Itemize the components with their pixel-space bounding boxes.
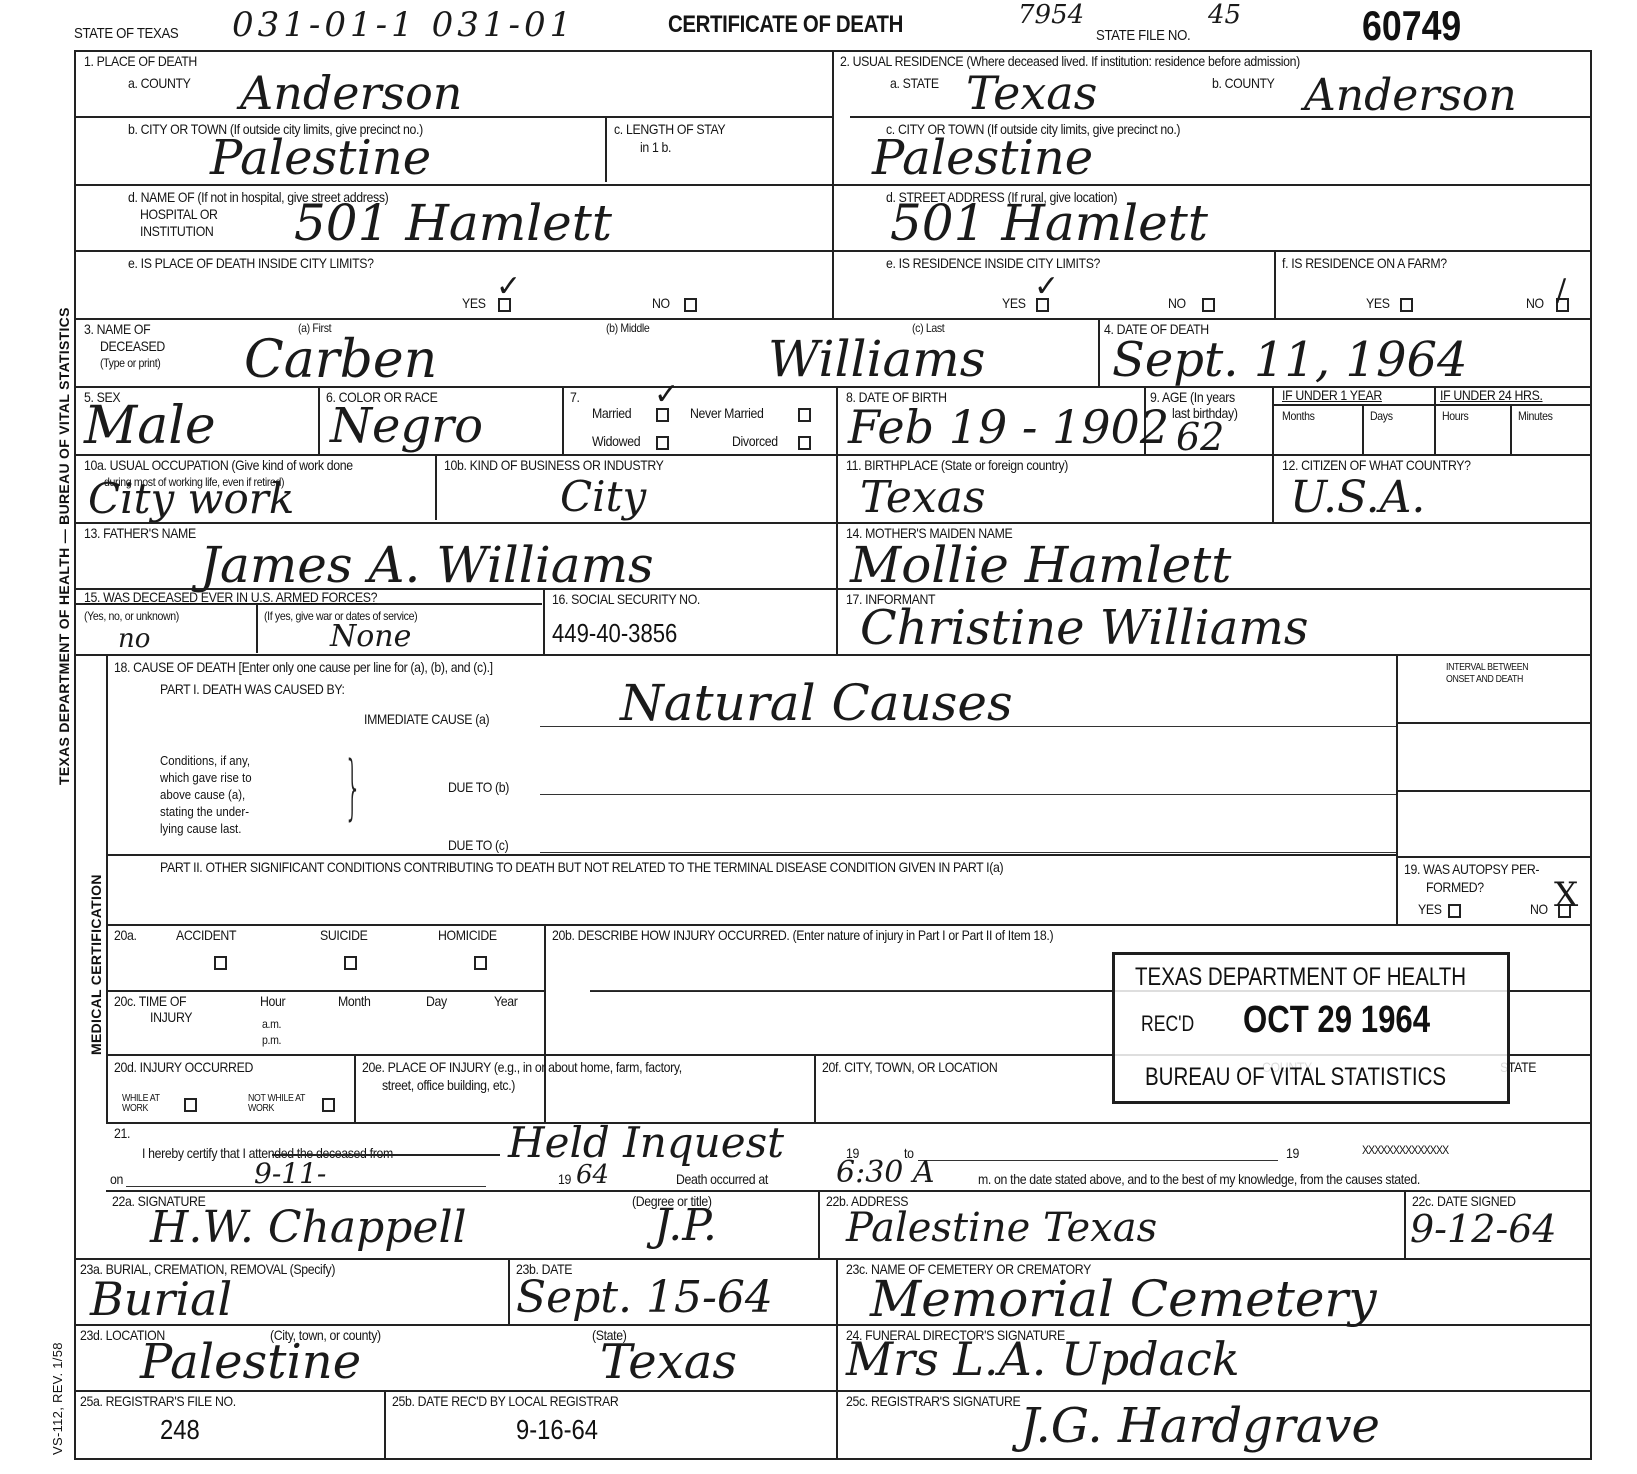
time-of-injury-label-2: INJURY — [150, 1010, 192, 1025]
state-label: STATE OF TEXAS — [74, 26, 178, 43]
pm-label: p.m. — [262, 1034, 281, 1047]
cert-text-2: m. on the date stated above, and to the … — [978, 1172, 1420, 1187]
first-name-field[interactable]: Carben — [244, 334, 437, 386]
middle-name-label: (b) Middle — [606, 322, 649, 335]
stamp-recd-label: REC'D — [1141, 1011, 1194, 1037]
homicide-label: HOMICIDE — [438, 928, 497, 943]
days-label: Days — [1370, 410, 1393, 423]
cert-on-date-field[interactable]: 9-11- — [254, 1160, 326, 1188]
checkmark-icon: ✓ — [654, 380, 679, 410]
death-county-label: a. COUNTY — [128, 76, 191, 91]
crossed-text: XXXXXXXXXXXXXX — [1362, 1144, 1448, 1157]
hospital-field[interactable]: 501 Hamlett — [294, 198, 612, 248]
marital-widowed-label: Widowed — [592, 434, 640, 449]
registrar-date-label: 25b. DATE REC'D BY LOCAL REGISTRAR — [392, 1394, 618, 1409]
homicide-checkbox[interactable] — [474, 956, 487, 970]
hour-label: Hour — [260, 994, 285, 1009]
accident-label: ACCIDENT — [176, 928, 236, 943]
registrar-file-field[interactable]: 248 — [160, 1414, 200, 1446]
armed-forces-label: 15. WAS DECEASED EVER IN U.S. ARMED FORC… — [84, 590, 377, 605]
marital-widowed-checkbox[interactable] — [656, 436, 669, 450]
length-of-stay-label: c. LENGTH OF STAY — [614, 122, 725, 137]
under-year-label: IF UNDER 1 YEAR — [1282, 388, 1382, 403]
death-city-field[interactable]: Palestine — [210, 134, 431, 182]
months-label: Months — [1282, 410, 1315, 423]
date-of-death-field[interactable]: Sept. 11, 1964 — [1112, 336, 1468, 384]
last-name-field[interactable]: Williams — [768, 334, 985, 384]
stamp-bureau: BUREAU OF VITAL STATISTICS — [1145, 1063, 1446, 1092]
certificate-number: 60749 — [1362, 2, 1461, 50]
handwritten-codes: 031-01-1 031-01 — [232, 8, 575, 42]
registrar-file-label: 25a. REGISTRAR'S FILE NO. — [80, 1394, 236, 1409]
father-label: 13. FATHER'S NAME — [84, 526, 196, 541]
cert-year-field[interactable]: 64 — [576, 1162, 609, 1188]
form-revision: VS-112, REV. 1/58 — [50, 1342, 65, 1455]
conditions-note: Conditions, if any, which gave rise to a… — [160, 752, 252, 837]
describe-injury-label: 20b. DESCRIBE HOW INJURY OCCURRED. (Ente… — [552, 928, 1053, 943]
side-department-label: TEXAS DEPARTMENT OF HEALTH — BUREAU OF V… — [56, 307, 72, 785]
death-time-field[interactable]: 6:30 A — [836, 1158, 935, 1188]
death-occurred-label: Death occurred at — [676, 1172, 768, 1187]
age-label: 9. AGE (In years — [1150, 390, 1235, 405]
describe-injury-field[interactable] — [552, 948, 1092, 1048]
part1-label: PART I. DEATH WAS CAUSED BY: — [160, 682, 345, 697]
death-inside-no-label: NO — [652, 296, 670, 311]
hours-label: Hours — [1442, 410, 1468, 423]
place-of-death-label: 1. PLACE OF DEATH — [84, 54, 197, 69]
residence-inside-limits-label: e. IS RESIDENCE INSIDE CITY LIMITS? — [886, 256, 1100, 271]
stamp-department: TEXAS DEPARTMENT OF HEALTH — [1135, 963, 1466, 992]
race-field[interactable]: Negro — [330, 402, 483, 450]
residence-inside-no-checkbox[interactable] — [1202, 298, 1215, 312]
residence-county-label: b. COUNTY — [1212, 76, 1275, 91]
age-field[interactable]: 62 — [1176, 418, 1224, 456]
suicide-checkbox[interactable] — [344, 956, 357, 970]
residence-city-field[interactable]: Palestine — [872, 134, 1093, 182]
month-label: Month — [338, 994, 370, 1009]
degree-field[interactable]: J.P. — [654, 1204, 717, 1248]
farm-label: f. IS RESIDENCE ON A FARM? — [1282, 256, 1447, 271]
father-field[interactable]: James A. Williams — [200, 540, 654, 590]
farm-no-label: NO — [1526, 296, 1544, 311]
sex-field[interactable]: Male — [84, 400, 216, 452]
suicide-label: SUICIDE — [320, 928, 368, 943]
accident-checkbox[interactable] — [214, 956, 227, 970]
checkmark-icon: ✓ — [1034, 272, 1059, 302]
cert-19-label-3: 19 — [558, 1172, 571, 1187]
residence-county-field[interactable]: Anderson — [1304, 74, 1517, 118]
marital-divorced-label: Divorced — [732, 434, 778, 449]
cert-number-label: 21. — [114, 1126, 130, 1141]
not-while-at-work-checkbox[interactable] — [322, 1098, 335, 1112]
autopsy-yes-label: YES — [1418, 902, 1442, 917]
checkmark-icon: / — [1556, 276, 1566, 306]
burial-location-field[interactable]: Palestine — [140, 1338, 361, 1386]
place-of-injury-label: 20e. PLACE OF INJURY (e.g., in or about … — [362, 1060, 682, 1075]
residence-street-field[interactable]: 501 Hamlett — [890, 198, 1208, 248]
while-at-work-label: WHILE AT WORK — [122, 1094, 175, 1114]
marital-never-checkbox[interactable] — [798, 408, 811, 422]
autopsy-label: 19. WAS AUTOPSY PER- — [1404, 862, 1539, 877]
name-label: 3. NAME OF — [84, 322, 150, 337]
side-medical-label: MEDICAL CERTIFICATION — [88, 874, 104, 1055]
burial-state-field[interactable]: Texas — [600, 1338, 737, 1386]
registrar-date-field[interactable]: 9-16-64 — [516, 1414, 598, 1446]
autopsy-label-2: FORMED? — [1426, 880, 1484, 895]
certificate-title: CERTIFICATE OF DEATH — [668, 12, 903, 38]
registrar-signature-label: 25c. REGISTRAR'S SIGNATURE — [846, 1394, 1020, 1409]
immediate-cause-label: IMMEDIATE CAUSE (a) — [364, 712, 489, 727]
injury-city-label: 20f. CITY, TOWN, OR LOCATION — [822, 1060, 997, 1075]
ssn-field[interactable]: 449-40-3856 — [552, 618, 677, 649]
due-to-c-field[interactable] — [540, 840, 1390, 854]
certifier-signature[interactable]: H.W. Chappell — [150, 1206, 467, 1250]
burial-date-field[interactable]: Sept. 15-64 — [516, 1276, 773, 1320]
part2-label: PART II. OTHER SIGNIFICANT CONDITIONS CO… — [160, 860, 1003, 875]
business-field[interactable]: City — [560, 476, 646, 518]
minutes-label: Minutes — [1518, 410, 1553, 423]
due-to-c-label: DUE TO (c) — [448, 838, 508, 853]
death-inside-limits-label: e. IS PLACE OF DEATH INSIDE CITY LIMITS? — [128, 256, 374, 271]
strikethrough — [272, 1154, 500, 1156]
informant-field[interactable]: Christine Williams — [860, 604, 1308, 652]
mother-field[interactable]: Mollie Hamlett — [850, 540, 1231, 590]
length-of-stay-sub: in 1 b. — [640, 140, 671, 155]
interval-label-2: ONSET AND DEATH — [1446, 674, 1523, 685]
cemetery-field[interactable]: Memorial Cemetery — [870, 1274, 1377, 1324]
autopsy-yes-checkbox[interactable] — [1448, 904, 1461, 918]
occupation-label: 10a. USUAL OCCUPATION (Give kind of work… — [84, 458, 353, 473]
state-file-label: STATE FILE NO. — [1096, 28, 1190, 45]
interval-label: INTERVAL BETWEEN — [1446, 662, 1528, 673]
attended-from-field[interactable]: Held Inquest — [508, 1122, 784, 1164]
farm-yes-checkbox[interactable] — [1400, 298, 1413, 312]
due-to-b-field[interactable] — [540, 782, 1390, 796]
marital-never-label: Never Married — [690, 406, 763, 421]
citizen-field[interactable]: U.S.A. — [1290, 476, 1425, 520]
funeral-director-signature[interactable]: Mrs L.A. Updack — [846, 1336, 1240, 1382]
name-label-2: DECEASED — [100, 339, 165, 354]
year-label: Year — [494, 994, 517, 1009]
state-file-hand: 45 — [1208, 2, 1241, 28]
immediate-cause-field[interactable]: Natural Causes — [620, 678, 1013, 728]
residence-state-field[interactable]: Texas — [966, 70, 1097, 116]
place-of-injury-label-2: street, office building, etc.) — [382, 1078, 515, 1093]
ssn-label: 16. SOCIAL SECURITY NO. — [552, 592, 700, 607]
due-to-b-label: DUE TO (b) — [448, 780, 509, 795]
hospital-label-3: INSTITUTION — [140, 224, 213, 239]
brace-icon: } — [344, 746, 362, 828]
received-stamp: TEXAS DEPARTMENT OF HEALTH REC'D OCT 29 … — [1112, 952, 1510, 1104]
armed-service-field[interactable]: None — [330, 622, 411, 652]
address-field[interactable]: Palestine Texas — [846, 1208, 1157, 1248]
registrar-signature[interactable]: J.G. Hardgrave — [1020, 1402, 1380, 1450]
time-of-injury-label: 20c. TIME OF — [114, 994, 186, 1009]
dob-field[interactable]: Feb 19 - 1902 — [848, 404, 1169, 450]
stamp-date: OCT 29 1964 — [1243, 999, 1430, 1042]
not-while-at-work-label: NOT WHILE AT WORK — [248, 1094, 310, 1114]
day-label: Day — [426, 994, 447, 1009]
death-inside-yes-label: YES — [462, 296, 486, 311]
residence-inside-no-label: NO — [1168, 296, 1186, 311]
x-mark-icon: X — [1554, 878, 1578, 912]
armed-forces-sub1: (Yes, no, or unknown) — [84, 610, 179, 623]
marital-married-label: Married — [592, 406, 631, 421]
marital-label: 7. — [570, 390, 580, 405]
death-inside-no-checkbox[interactable] — [684, 298, 697, 312]
hospital-label-2: HOSPITAL OR — [140, 207, 218, 222]
birthplace-field[interactable]: Texas — [860, 476, 986, 520]
burial-type-field[interactable]: Burial — [90, 1276, 232, 1322]
residence-inside-yes-label: YES — [1002, 296, 1026, 311]
cert-19-label-2: 19 — [1286, 1146, 1299, 1161]
checkmark-icon: ✓ — [496, 272, 521, 302]
death-county-field[interactable]: Anderson — [240, 70, 462, 116]
under-24hrs-label: IF UNDER 24 HRS. — [1440, 388, 1543, 403]
while-at-work-checkbox[interactable] — [184, 1098, 197, 1112]
date-signed-field[interactable]: 9-12-64 — [1410, 1210, 1557, 1248]
part2-field[interactable] — [110, 880, 1390, 920]
marital-divorced-checkbox[interactable] — [798, 436, 811, 450]
cert-on-label: on — [110, 1172, 123, 1187]
armed-forces-field[interactable]: no — [118, 626, 150, 652]
farm-yes-label: YES — [1366, 296, 1390, 311]
injury-occurred-label: 20d. INJURY OCCURRED — [114, 1060, 253, 1075]
occupation-field[interactable]: City work — [88, 478, 294, 520]
hand-number: 7954 — [1018, 2, 1084, 28]
residence-state-label: a. STATE — [890, 76, 939, 91]
injury-type-label: 20a. — [114, 928, 137, 943]
am-label: a.m. — [262, 1018, 281, 1031]
name-label-3: (Type or print) — [100, 357, 160, 370]
autopsy-no-label: NO — [1530, 902, 1548, 917]
cause-label: 18. CAUSE OF DEATH [Enter only one cause… — [114, 660, 493, 675]
